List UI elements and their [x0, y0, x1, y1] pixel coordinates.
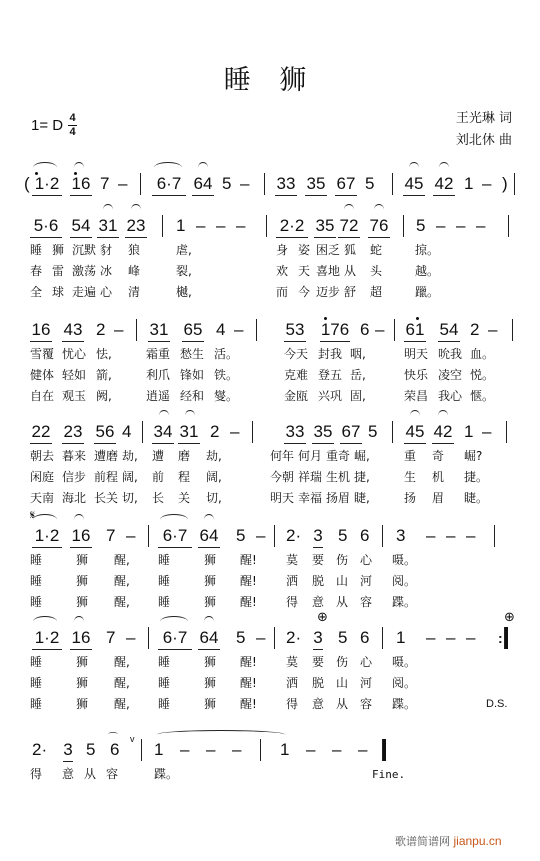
- credits: 王光琳 词 刘北休 曲: [456, 108, 512, 152]
- lyrics-verse-2: 闲庭信步前程阔,前程阔,今朝祥瑞生机捷,生机捷。: [30, 467, 524, 488]
- system-5: 1·2 16 7 – 6·7 64 5 – 2· 3 5 6 3 – – – 睡…: [30, 522, 524, 613]
- lyrics-verse-3: 睡狮醒,睡狮醒!得意从容蹀。: [30, 592, 524, 613]
- ds-direction: D.S.: [486, 694, 507, 715]
- breath-mark-icon: v: [130, 734, 135, 744]
- time-signature: 4 4: [68, 113, 77, 138]
- lyrics-verse-1: 睡狮沉默豺狼虐,身姿困乏狐蛇掠。: [30, 240, 524, 261]
- notes-row: 5·6 54 31 23 1 – – – 2·2 35 72 76 5 – – …: [30, 212, 524, 240]
- watermark: 歌谱简谱网 jianpu.cn: [395, 833, 502, 849]
- lyrics-verse-1: 朝去暮来遭磨劫,遭磨劫,何年何月重奇崛,重奇崛?: [30, 446, 524, 467]
- lyrics-verse-1: 睡狮醒,睡狮醒!莫要伤心嗫。: [30, 550, 524, 571]
- composer: 刘北休 曲: [456, 130, 512, 152]
- notes-row: 16 43 2 – 31 65 4 – 53 176 6 – 61 54 2 –: [30, 316, 524, 344]
- notes-row: 2· 3 5 ⌒ 6 v 1 – – – 1 – – –: [30, 736, 524, 764]
- final-barline: [382, 739, 386, 761]
- lyrics-verse-2: 春雷激荡冰峰裂,欢天喜地从头越。: [30, 261, 524, 282]
- notes-row: 1·2 16 7 – 6·7 64 5 – 2· 3 5 6 1 – – – :: [30, 624, 524, 652]
- key-signature: 1= D 4 4: [31, 113, 77, 138]
- system-3: 16 43 2 – 31 65 4 – 53 176 6 – 61 54 2 –…: [30, 316, 524, 407]
- lyrics-verse-3: 睡狮醒,睡狮醒!得意从容蹀。 D.S.: [30, 694, 524, 715]
- lyrics-verse-3: 全球走遍心清樾,而今迈步舒超躐。: [30, 282, 524, 303]
- coda-icon: ⊕: [317, 610, 328, 625]
- song-title: 睡 狮: [0, 58, 540, 97]
- system-4: 22 23 56 4 34 31 2 – 33 35 67 5 45 42 1 …: [30, 418, 524, 509]
- coda-icon: ⊕: [504, 610, 515, 625]
- key-label: 1= D: [31, 117, 63, 134]
- repeat-end-barline: [504, 627, 508, 649]
- system-7: 2· 3 5 ⌒ 6 v 1 – – – 1 – – – 得意从容蹀。 Fine…: [30, 736, 524, 785]
- fine-direction: Fine.: [372, 764, 405, 785]
- system-1: ( 1·2 16 7 – 6·7 64 5 – 33 35 67 5 45 42…: [30, 170, 524, 198]
- notes-row: 1·2 16 7 – 6·7 64 5 – 2· 3 5 6 3 – – –: [30, 522, 524, 550]
- notes-row: ( 1·2 16 7 – 6·7 64 5 – 33 35 67 5 45 42…: [30, 170, 524, 198]
- lyrics-verse-2: 睡狮醒,睡狮醒!洒脱山河阅。: [30, 673, 524, 694]
- lyricist: 王光琳 词: [456, 108, 512, 130]
- lyrics-verse-2: 睡狮醒,睡狮醒!洒脱山河阅。: [30, 571, 524, 592]
- system-2: 5·6 54 31 23 1 – – – 2·2 35 72 76 5 – – …: [30, 212, 524, 303]
- lyrics-verse-3: 自在观玉阙,逍遥经和燮。金瓯兴巩固,荣昌我心惬。: [30, 386, 524, 407]
- system-6: ⊕ ⊕ 1·2 16 7 – 6·7 64 5 – 2· 3 5 6 1 – –…: [30, 624, 524, 715]
- lyrics-verse-3: 天南海北长关切,长关切,明天幸福扬眉睫,扬眉睫。: [30, 488, 524, 509]
- lyrics-verse-1: 雪覆忧心怯,霜重愁生活。今天封我咽,明天吮我血。: [30, 344, 524, 365]
- lyrics-verse-1: 睡狮醒,睡狮醒!莫要伤心嗫。: [30, 652, 524, 673]
- notes-row: 22 23 56 4 34 31 2 – 33 35 67 5 45 42 1 …: [30, 418, 524, 446]
- lyrics-verse-1: 得意从容蹀。 Fine.: [30, 764, 524, 785]
- lyrics-verse-2: 健体轻如箭,利爪锋如铁。克难登五岳,快乐凌空悦。: [30, 365, 524, 386]
